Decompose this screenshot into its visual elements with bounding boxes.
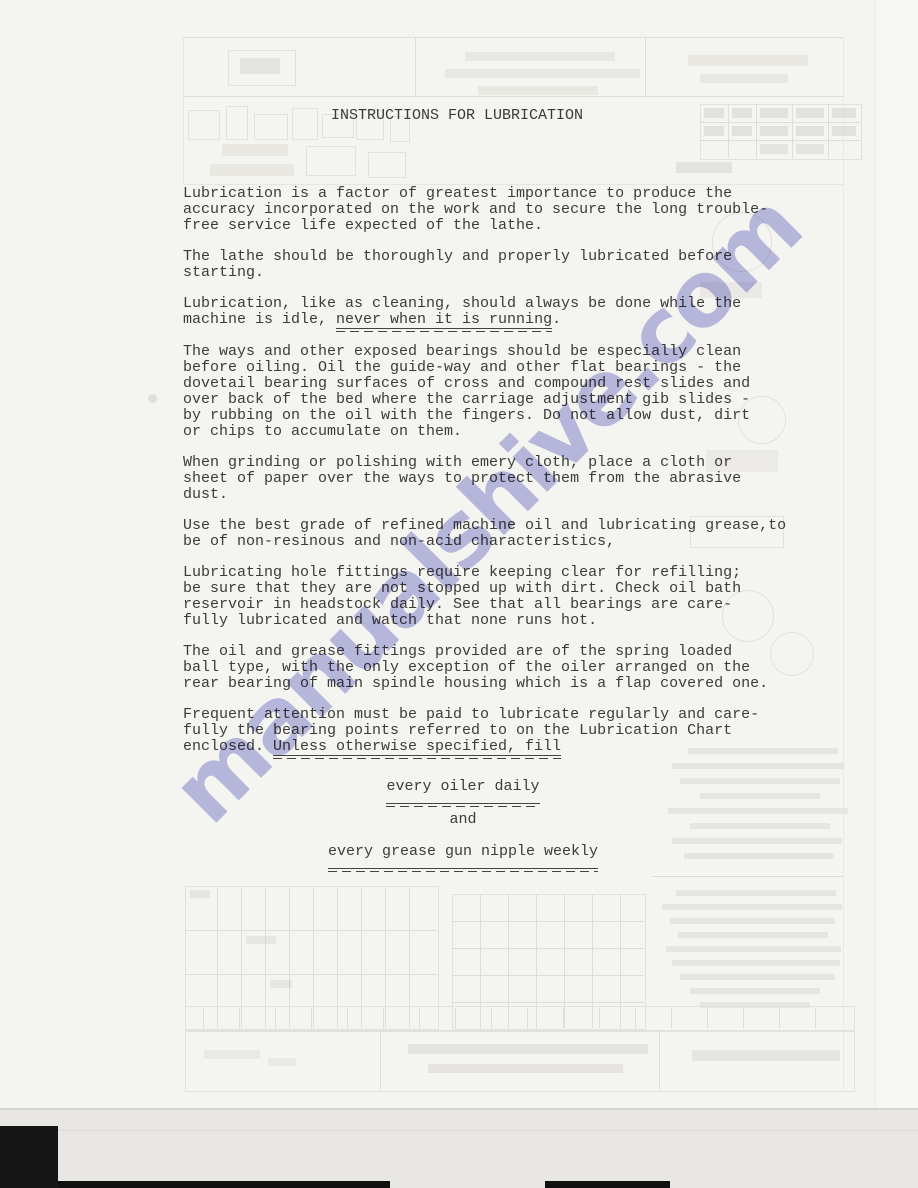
text-segment: Lubrication, like as cleaning, should al… xyxy=(183,295,741,312)
text-line: When grinding or polishing with emery cl… xyxy=(183,455,823,471)
text-segment: fully the bearing points referred to on … xyxy=(183,722,732,739)
ghost-shape xyxy=(688,55,808,66)
text-segment: be of non-resinous and non-acid characte… xyxy=(183,533,615,550)
text-line: by rubbing on the oil with the fingers. … xyxy=(183,408,823,424)
text-segment: sheet of paper over the ways to protect … xyxy=(183,470,741,487)
ghost-shape xyxy=(478,86,598,95)
ghost-shape xyxy=(678,932,828,938)
ghost-shape xyxy=(368,152,406,178)
ghost-shape xyxy=(148,394,157,403)
text-line: over back of the bed where the carriage … xyxy=(183,392,823,408)
scanned-manual-page: INSTRUCTIONS FOR LUBRICATION Lubrication… xyxy=(0,0,918,1188)
ghost-shape xyxy=(670,918,835,924)
ghost-shape xyxy=(380,1030,381,1090)
text-line: Lubricating hole fittings require keepin… xyxy=(183,565,823,581)
ghost-shape xyxy=(743,1008,744,1028)
text-line: rear bearing of main spindle housing whi… xyxy=(183,676,823,692)
paragraph: Lubrication, like as cleaning, should al… xyxy=(183,296,823,329)
ghost-shape xyxy=(760,144,788,154)
text-segment: free service life expected of the lathe. xyxy=(183,217,543,234)
document-body: Lubrication is a factor of greatest impo… xyxy=(183,186,823,869)
text-line: reservoir in headstock daily. See that a… xyxy=(183,597,823,613)
text-segment: rear bearing of main spindle housing whi… xyxy=(183,675,768,692)
text-line: sheet of paper over the ways to protect … xyxy=(183,471,823,487)
ghost-shape xyxy=(843,37,844,1090)
ghost-shape xyxy=(666,946,841,952)
text-segment: machine is idle, xyxy=(183,311,336,328)
ghost-shape xyxy=(700,140,860,141)
ghost-shape xyxy=(408,1044,648,1054)
ghost-shape xyxy=(185,930,437,931)
ghost-shape xyxy=(203,1008,204,1028)
text-segment: starting. xyxy=(183,264,264,281)
text-line: The ways and other exposed bearings shou… xyxy=(183,344,823,360)
text-segment: ball type, with the only exception of th… xyxy=(183,659,750,676)
text-line: accuracy incorporated on the work and to… xyxy=(183,202,823,218)
text-segment: before oiling. Oil the guide-way and oth… xyxy=(183,359,741,376)
ghost-shape xyxy=(527,1008,528,1028)
text-segment: over back of the bed where the carriage … xyxy=(183,391,750,408)
scanner-edge xyxy=(0,1126,58,1188)
ghost-shape xyxy=(428,1064,623,1073)
ghost-shape xyxy=(692,1050,840,1061)
ghost-shape xyxy=(246,936,276,944)
text-line: fully lubricated and watch that none run… xyxy=(183,613,823,629)
ghost-shape xyxy=(652,876,843,877)
text-line: fully the bearing points referred to on … xyxy=(183,723,823,739)
ghost-shape xyxy=(760,126,788,136)
ghost-shape xyxy=(311,1008,312,1028)
underlined-text: Unless otherwise specified, fill xyxy=(273,739,561,756)
ghost-shape xyxy=(680,974,835,980)
ghost-shape xyxy=(832,108,856,118)
ghost-shape xyxy=(415,37,416,96)
ghost-shape xyxy=(635,1008,636,1028)
text-line: be sure that they are not stopped up wit… xyxy=(183,581,823,597)
scanner-edge xyxy=(545,1181,670,1188)
text-line: enclosed. Unless otherwise specified, fi… xyxy=(183,739,823,756)
ghost-shape xyxy=(662,904,842,910)
text-line: machine is idle, never when it is runnin… xyxy=(183,312,823,329)
text-line: Lubrication, like as cleaning, should al… xyxy=(183,296,823,312)
centered-fill-instructions: every oiler dailyandevery grease gun nip… xyxy=(183,771,743,869)
text-line: Frequent attention must be paid to lubri… xyxy=(183,707,823,723)
ghost-shape xyxy=(828,104,829,158)
text-segment: be sure that they are not stopped up wit… xyxy=(183,580,741,597)
ghost-shape xyxy=(383,1008,384,1028)
ghost-shape xyxy=(210,164,294,176)
paragraph: The lathe should be thoroughly and prope… xyxy=(183,249,823,281)
underlined-text: every oiler daily xyxy=(386,771,539,804)
ghost-shape xyxy=(815,1008,816,1028)
ghost-shape xyxy=(452,921,644,922)
text-segment: Use the best grade of refined machine oi… xyxy=(183,517,786,534)
ghost-shape xyxy=(876,0,918,1108)
text-segment: accuracy incorporated on the work and to… xyxy=(183,201,768,218)
ghost-shape xyxy=(676,890,836,896)
ghost-shape xyxy=(756,104,757,158)
ghost-shape xyxy=(700,74,788,83)
paragraph: When grinding or polishing with emery cl… xyxy=(183,455,823,503)
ghost-shape xyxy=(645,37,646,96)
ghost-shape xyxy=(0,1108,918,1188)
ghost-shape xyxy=(347,1008,348,1028)
text-line: dust. xyxy=(183,487,823,503)
ghost-shape xyxy=(306,146,356,176)
text-line: starting. xyxy=(183,265,823,281)
ghost-shape xyxy=(419,1008,420,1028)
ghost-shape xyxy=(452,1002,644,1003)
ghost-shape xyxy=(240,58,280,74)
ghost-shape xyxy=(704,126,724,136)
ghost-shape xyxy=(599,1008,600,1028)
ghost-shape xyxy=(659,1030,660,1090)
ghost-shape xyxy=(796,144,824,154)
paragraph: Use the best grade of refined machine oi… xyxy=(183,518,823,550)
paragraph: Lubrication is a factor of greatest impo… xyxy=(183,186,823,234)
ghost-shape xyxy=(445,69,640,78)
ghost-shape xyxy=(563,1008,564,1028)
text-segment: The ways and other exposed bearings shou… xyxy=(183,343,741,360)
text-line: ball type, with the only exception of th… xyxy=(183,660,823,676)
ghost-shape xyxy=(275,1008,276,1028)
text-segment: The lathe should be thoroughly and prope… xyxy=(183,248,732,265)
text-segment: reservoir in headstock daily. See that a… xyxy=(183,596,732,613)
paragraph: The oil and grease fittings provided are… xyxy=(183,644,823,692)
text-segment: Lubrication is a factor of greatest impo… xyxy=(183,185,732,202)
ghost-shape xyxy=(676,162,732,173)
ghost-shape xyxy=(58,1130,918,1131)
ghost-shape xyxy=(671,1008,672,1028)
ghost-shape xyxy=(796,126,824,136)
text-line: The lathe should be thoroughly and prope… xyxy=(183,249,823,265)
text-segment: and xyxy=(449,811,476,828)
ghost-shape xyxy=(465,52,615,61)
ghost-shape xyxy=(452,948,644,949)
scanner-edge xyxy=(58,1181,390,1188)
underlined-text: never when it is running xyxy=(336,312,552,329)
ghost-shape xyxy=(779,1008,780,1028)
text-line: Use the best grade of refined machine oi… xyxy=(183,518,823,534)
text-segment: or chips to accumulate on them. xyxy=(183,423,462,440)
text-line: before oiling. Oil the guide-way and oth… xyxy=(183,360,823,376)
ghost-shape xyxy=(183,96,843,97)
ghost-shape xyxy=(0,1108,918,1110)
text-segment: Lubricating hole fittings require keepin… xyxy=(183,564,741,581)
paragraph: Frequent attention must be paid to lubri… xyxy=(183,707,823,756)
ghost-shape xyxy=(707,1008,708,1028)
ghost-shape xyxy=(190,890,210,898)
centered-line: every grease gun nipple weekly xyxy=(183,836,743,869)
ghost-shape xyxy=(796,108,824,118)
paragraph: Lubricating hole fittings require keepin… xyxy=(183,565,823,629)
text-segment: fully lubricated and watch that none run… xyxy=(183,612,597,629)
ghost-shape xyxy=(832,126,856,136)
ghost-shape xyxy=(270,980,292,988)
ghost-shape xyxy=(672,960,840,966)
document-title: INSTRUCTIONS FOR LUBRICATION xyxy=(183,107,731,124)
centered-line: every oiler daily xyxy=(183,771,743,804)
ghost-shape xyxy=(732,108,752,118)
text-segment: enclosed. xyxy=(183,738,273,755)
text-segment: dovetail bearing surfaces of cross and c… xyxy=(183,375,750,392)
paragraph: The ways and other exposed bearings shou… xyxy=(183,344,823,440)
ghost-shape xyxy=(204,1050,260,1059)
text-line: free service life expected of the lathe. xyxy=(183,218,823,234)
text-line: be of non-resinous and non-acid characte… xyxy=(183,534,823,550)
ghost-shape xyxy=(268,1058,296,1066)
text-line: The oil and grease fittings provided are… xyxy=(183,644,823,660)
text-line: or chips to accumulate on them. xyxy=(183,424,823,440)
text-segment: The oil and grease fittings provided are… xyxy=(183,643,732,660)
underlined-text: every grease gun nipple weekly xyxy=(328,836,598,869)
ghost-shape xyxy=(690,988,820,994)
text-segment: by rubbing on the oil with the fingers. … xyxy=(183,407,750,424)
ghost-shape xyxy=(183,37,843,38)
text-segment: dust. xyxy=(183,486,228,503)
ghost-shape xyxy=(760,108,788,118)
text-line: dovetail bearing surfaces of cross and c… xyxy=(183,376,823,392)
text-segment: When grinding or polishing with emery cl… xyxy=(183,454,732,471)
ghost-shape xyxy=(792,104,793,158)
centered-line: and xyxy=(183,804,743,836)
ghost-shape xyxy=(491,1008,492,1028)
ghost-shape xyxy=(185,1006,855,1032)
ghost-shape xyxy=(222,144,288,156)
ghost-shape xyxy=(185,974,437,975)
ghost-shape xyxy=(452,975,644,976)
ghost-shape xyxy=(732,126,752,136)
ghost-shape xyxy=(455,1008,456,1028)
text-segment: Frequent attention must be paid to lubri… xyxy=(183,706,759,723)
text-line: Lubrication is a factor of greatest impo… xyxy=(183,186,823,202)
text-segment: . xyxy=(552,311,561,328)
ghost-shape xyxy=(239,1008,240,1028)
